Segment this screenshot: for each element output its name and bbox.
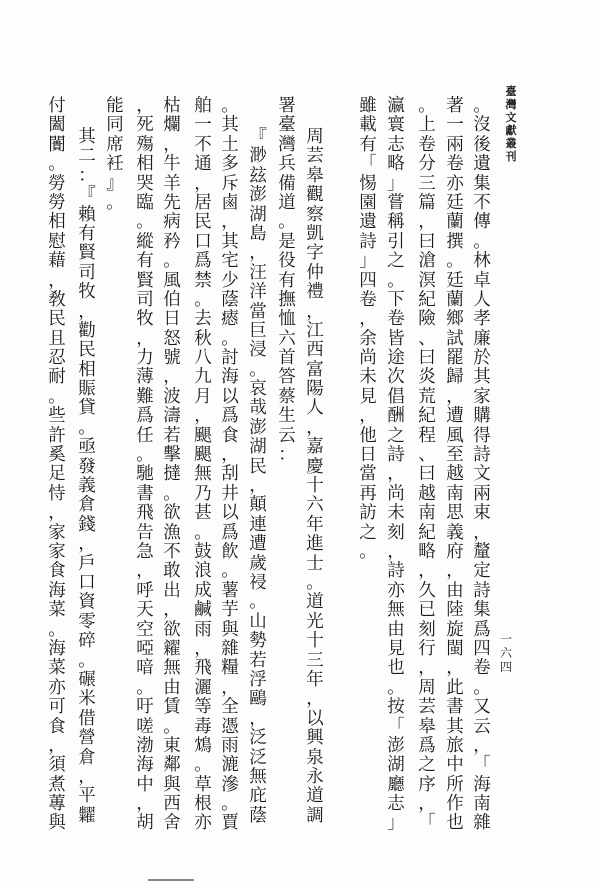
- text-column: 。其土多斥鹵，其宅少蔭瘱。討海以爲食，刮井以爲飮。薯芋與雜糧，全憑雨漉滲。賈: [218, 97, 242, 834]
- text-column: 其二：『賴有賢司牧，勸民相賑貸。亟發義倉錢，戶口資零碎。碾米借營倉，平糶: [75, 128, 99, 826]
- running-header: 臺灣文獻叢刊: [503, 85, 519, 163]
- text-column: 『渺玆澎湖島，汪洋當巨浸。哀哉澎湖民，顛連遭歲祲。山勢若浮鷗，泛泛無庇蔭: [246, 128, 270, 826]
- text-column: 能同席衽』。: [103, 97, 127, 213]
- scanned-page: 臺灣文獻叢刊 一六四 。沒後遺集不傳。林卓人孝廉於其家購得詩文兩束，釐定詩集爲四…: [0, 0, 600, 881]
- text-column: 枯爛，牛羊先病矜。風伯日怒號，波濤若擊撻。欲漁不敢出，欲糴無由賃。東鄰與西舍: [160, 97, 184, 834]
- text-column: 舶一不通，居民口爲禁。去秋八九月，颶颶無乃甚。鼓浪成鹹雨，飛灑等毒鴆。草根亦: [191, 97, 215, 834]
- text-column: 瀛寰志略」嘗稱引之。下卷皆途次倡酬之詩，尚未刻，詩亦無由見也。按「澎湖廳志」: [384, 97, 408, 834]
- text-column: 。上卷分三篇，曰滄溟紀險、曰炎荒紀程、曰越南紀略，久已刻行，周芸皋爲之序，「: [415, 97, 439, 834]
- text-column: 。沒後遺集不傳。林卓人孝廉於其家購得詩文兩束，釐定詩集爲四卷。又云，「海南雜: [470, 97, 494, 834]
- text-column: 付闔闠。勞勞相慰藉，敎民且忍耐。些許奚足恃，家家食海菜。海菜亦可食，須煮蓴與: [45, 97, 69, 834]
- text-column: ，死殤相哭臨。縱有賢司牧，力薄難爲任。馳書飛告急，呼天空啞喑。吁嗟渤海中，胡: [133, 97, 157, 834]
- text-column: 著一兩卷亦廷蘭撰。廷蘭鄉試罷歸，遭風至越南思義府，由陸旋閩，此書其旅中所作也: [443, 97, 467, 834]
- text-column: 署臺灣兵備道。是役有撫恤六首答蔡生云：: [275, 97, 299, 465]
- text-column: 雖載有「惕園遺詩」四卷，余尚未見，他日當再訪之。: [356, 97, 380, 562]
- text-column: 周芸皋觀察凱字仲禮，江西富陽人，嘉慶十六年進士。道光十三年，以興泉永道調: [303, 128, 327, 826]
- page-number: 一六四: [498, 632, 514, 674]
